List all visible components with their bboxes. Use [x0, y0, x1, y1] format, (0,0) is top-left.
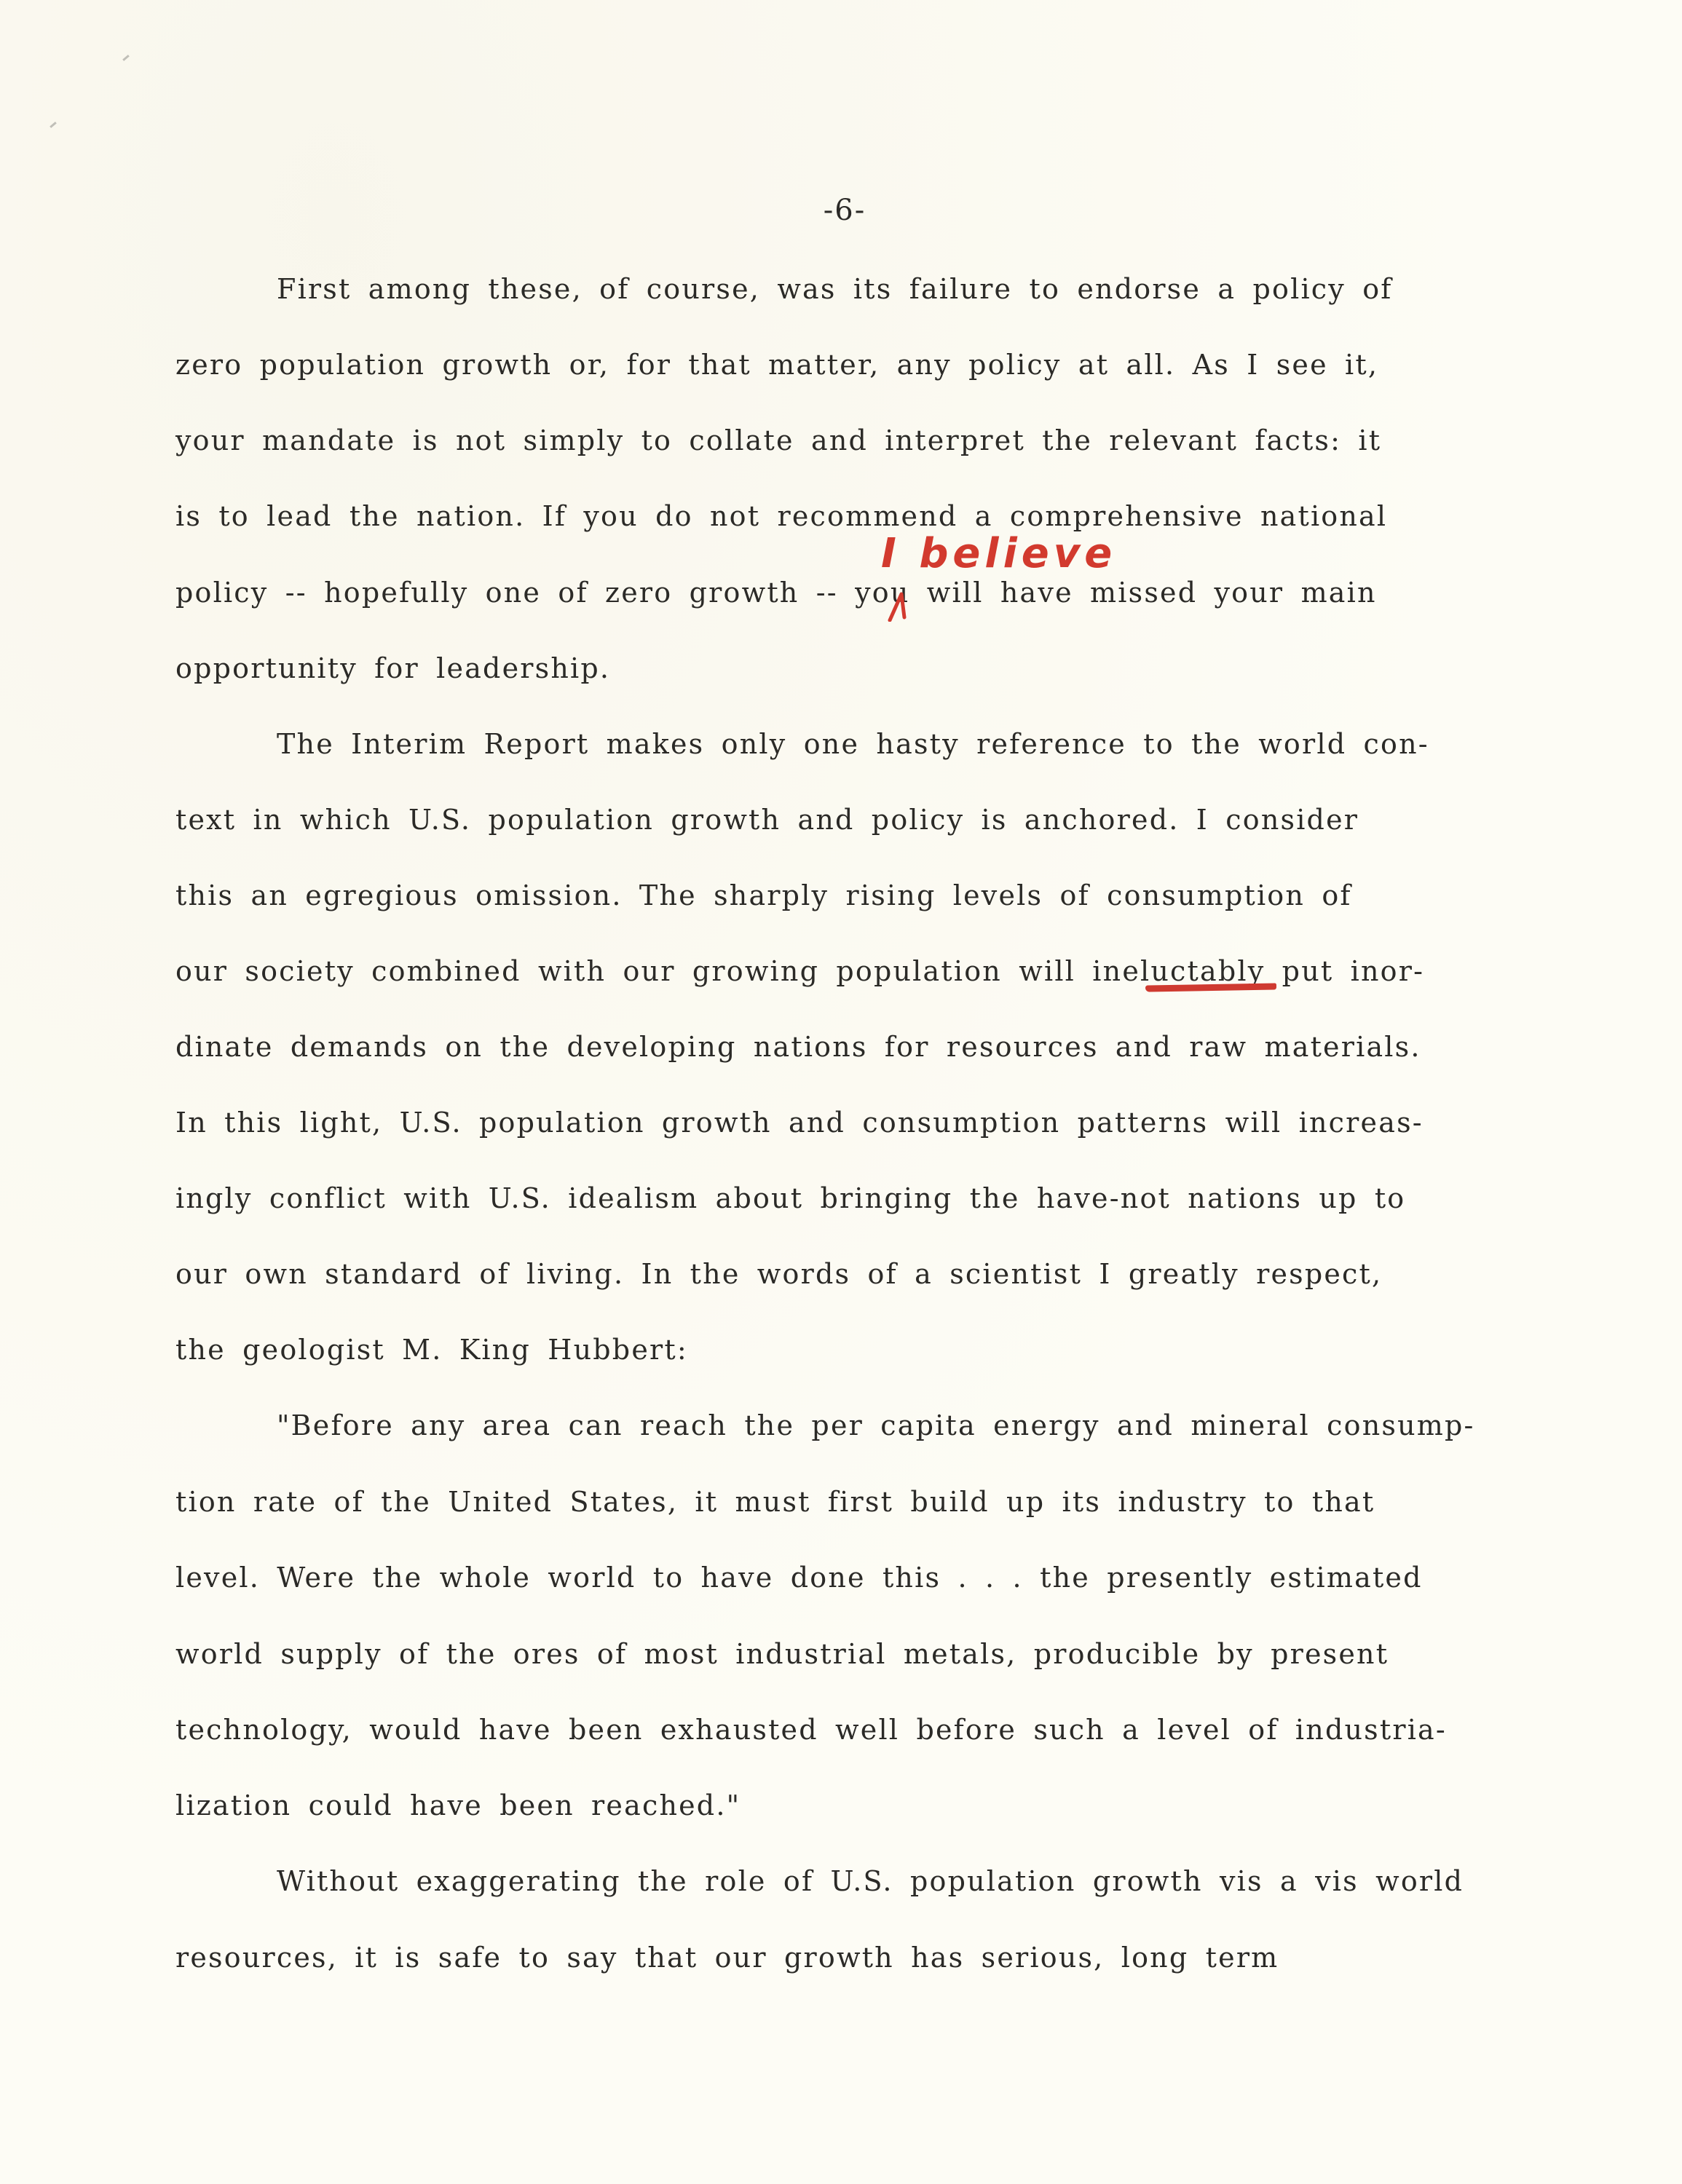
text-line: ingly conflict with U.S. idealism about …	[175, 1184, 1405, 1212]
quote-line: level. Were the whole world to have done…	[175, 1564, 1423, 1591]
quote-line: lization could have been reached."	[175, 1792, 741, 1819]
text-line: First among these, of course, was its fa…	[277, 275, 1393, 303]
paper-speck	[122, 55, 130, 61]
text-line: The Interim Report makes only one hasty …	[277, 730, 1429, 758]
text-line: dinate demands on the developing nations…	[175, 1033, 1421, 1061]
quote-line: world supply of the ores of most industr…	[175, 1640, 1389, 1668]
text-line: this an egregious omission. The sharply …	[175, 882, 1352, 909]
quote-line: "Before any area can reach the per capit…	[277, 1412, 1475, 1439]
text-line: policy -- hopefully one of zero growth -…	[175, 579, 1377, 606]
document-page: -6- First among these, of course, was it…	[0, 0, 1682, 2184]
text-line: is to lead the nation. If you do not rec…	[175, 502, 1387, 530]
handwritten-insert-annotation: I believe	[881, 534, 1116, 574]
text-line: In this light, U.S. population growth an…	[175, 1109, 1424, 1136]
text-line: opportunity for leadership.	[175, 654, 610, 682]
insertion-caret-icon	[887, 590, 912, 622]
paper-speck	[50, 122, 57, 128]
text-line: resources, it is safe to say that our gr…	[175, 1944, 1279, 1971]
text-line: zero population growth or, for that matt…	[175, 351, 1378, 379]
text-line: our society combined with our growing po…	[175, 957, 1424, 985]
text-line: text in which U.S. population growth and…	[175, 806, 1359, 834]
text-line: our own standard of living. In the words…	[175, 1260, 1382, 1288]
quote-line: tion rate of the United States, it must …	[175, 1488, 1375, 1516]
page-number: -6-	[0, 194, 1682, 227]
quote-line: technology, would have been exhausted we…	[175, 1716, 1447, 1744]
handwritten-underline	[1145, 983, 1276, 992]
text-line: the geologist M. King Hubbert:	[175, 1336, 688, 1364]
text-line: your mandate is not simply to collate an…	[175, 427, 1381, 454]
text-line: Without exaggerating the role of U.S. po…	[277, 1867, 1464, 1895]
